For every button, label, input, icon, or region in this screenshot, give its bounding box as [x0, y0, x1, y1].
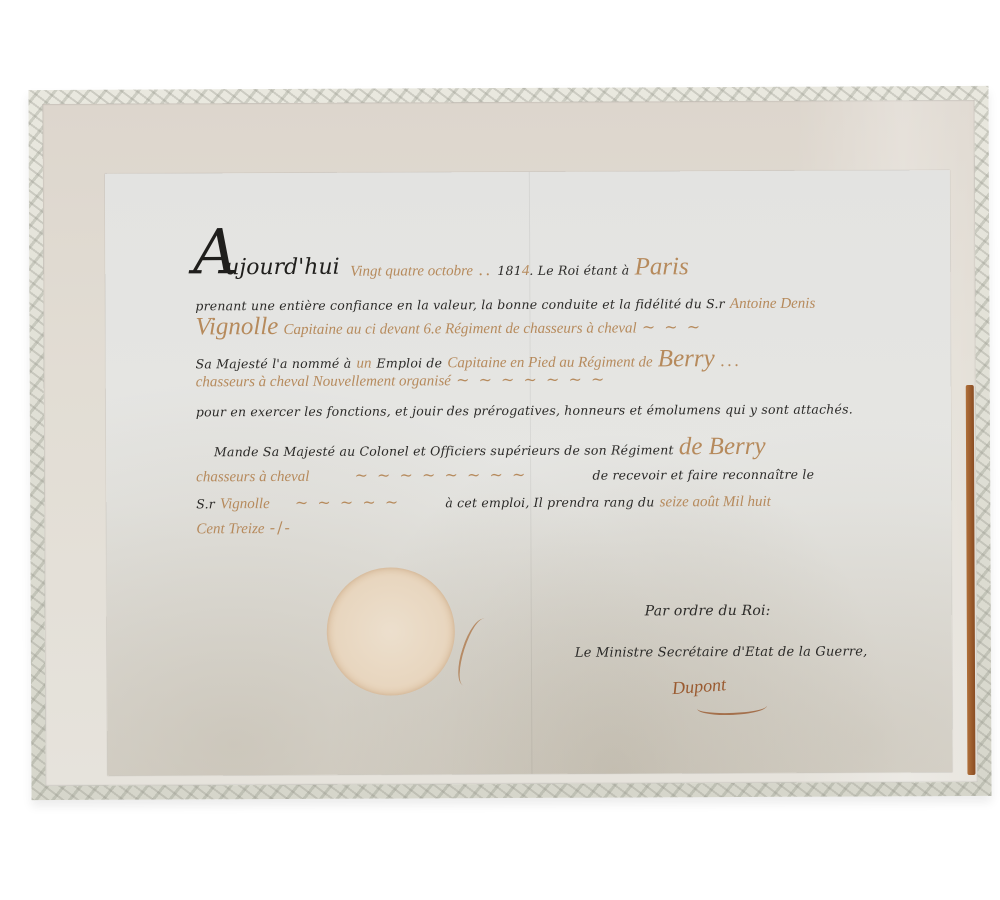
- frame-mat: A ujourd'hui Vingt quatre octobre .. 181…: [43, 100, 978, 786]
- paraph-mark: [452, 615, 496, 689]
- closing-order: Par ordre du Roi:: [645, 603, 771, 620]
- frame-tape: [966, 385, 976, 775]
- date-manuscript: Vingt quatre octobre: [350, 263, 473, 280]
- picture-frame: A ujourd'hui Vingt quatre octobre .. 181…: [28, 86, 991, 800]
- doc-line-3: Vignolle Capitaine au ci devant 6.e Régi…: [195, 311, 702, 341]
- place-manuscript: Paris: [634, 253, 688, 280]
- doc-line-10: Cent Treize -/-: [196, 518, 292, 538]
- commission-document: A ujourd'hui Vingt quatre octobre .. 181…: [105, 170, 953, 776]
- opening-word: ujourd'hui: [225, 255, 340, 280]
- regiment-name: Berry: [658, 345, 715, 372]
- doc-line-5: chasseurs à cheval Nouvellement organisé…: [196, 370, 607, 392]
- doc-line-7: Mande Sa Majesté au Colonel et Officiers…: [214, 433, 766, 463]
- signature-flourish: [697, 699, 767, 715]
- wax-seal: [327, 567, 456, 696]
- doc-line-9: S.r Vignolle ~ ~ ~ ~ ~ à cet emploi, Il …: [196, 491, 771, 514]
- minister-signature: Dupont: [671, 674, 726, 699]
- doc-line-8: chasseurs à cheval ~ ~ ~ ~ ~ ~ ~ ~ de re…: [196, 464, 814, 487]
- closing-minister: Le Ministre Secrétaire d'Etat de la Guer…: [575, 644, 868, 660]
- doc-line-6: pour en exercer les fonctions, et jouir …: [196, 399, 853, 421]
- officer-name: Vignolle: [195, 313, 278, 340]
- doc-line-1: Vingt quatre octobre .. 1814. Le Roi éta…: [350, 253, 689, 282]
